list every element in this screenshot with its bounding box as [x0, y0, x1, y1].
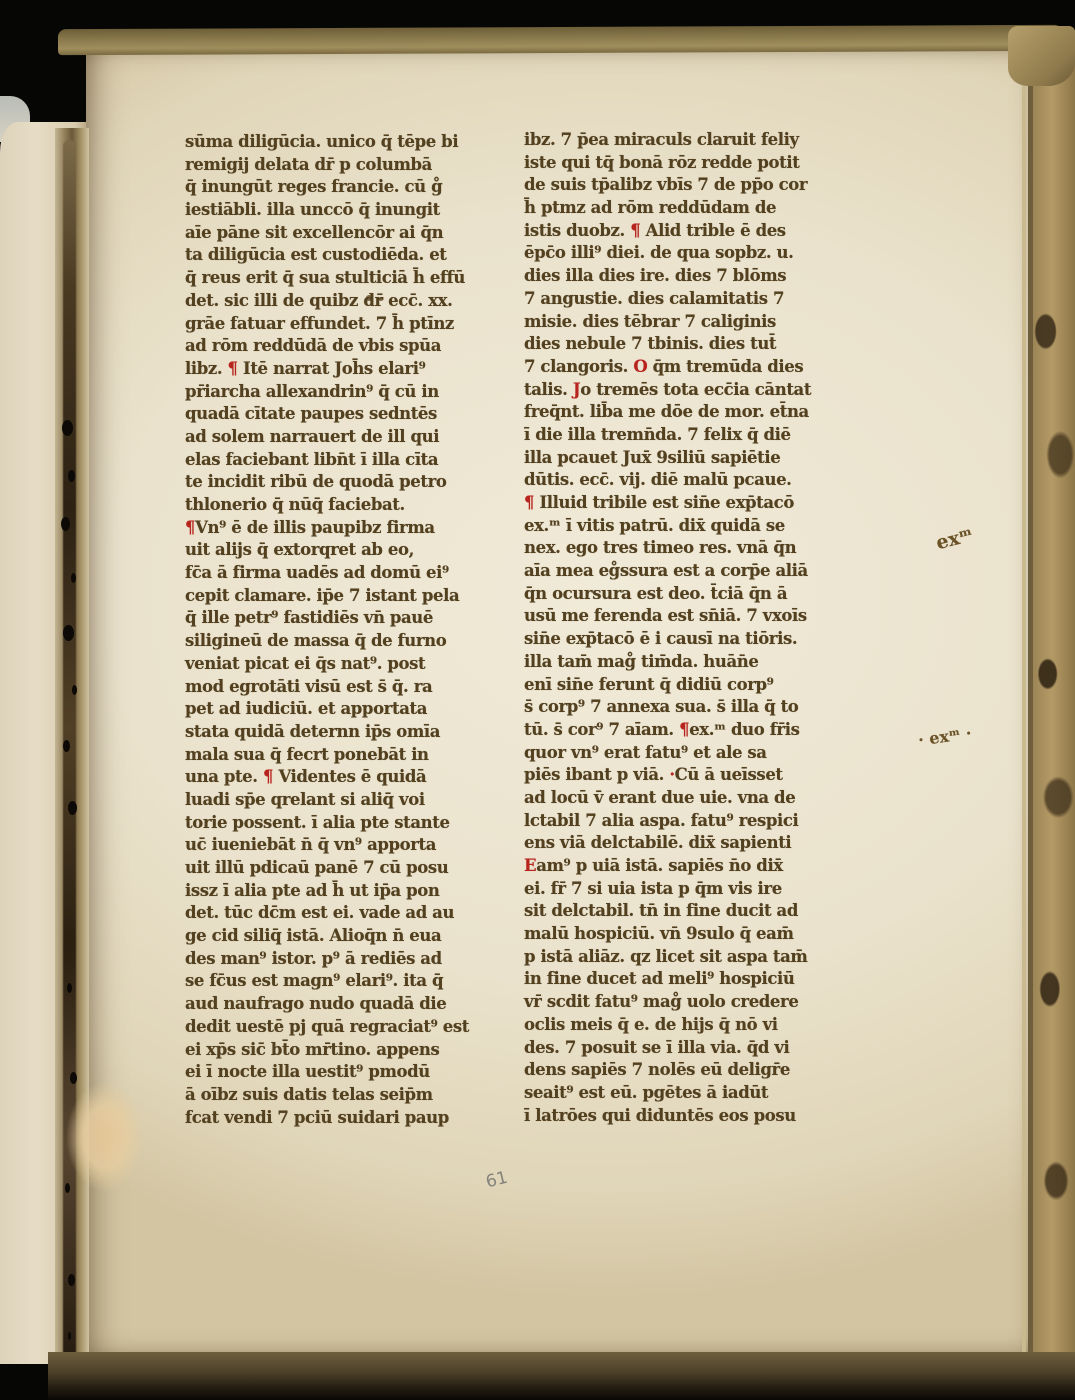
book-bottom-edge [48, 1352, 1075, 1400]
text-line: q̄ inungūt reges francie. cū g̊ [185, 176, 515, 199]
ink-text: o tremēs tota ecc̄ia cāntat [580, 380, 811, 399]
text-line: q̄ ille petr⁹ fastidiēs vn̄ pauē [185, 607, 515, 630]
ink-text: dedit uestē pj quā regraciat⁹ est [185, 1017, 469, 1036]
text-line: q̄ reus erit q̄ sua stulticiā h̄ effū [185, 267, 515, 290]
ink-text: aud naufrago nudo quadā die [185, 994, 446, 1013]
ink-text: ēpc̄o illi⁹ diei. de qua sopbz. u. [524, 243, 793, 262]
ink-text: ī die illa tremn̄da. 7 felix q̄ diē [524, 425, 791, 444]
text-line: stata quidā deternn ip̄s omīa [185, 721, 515, 744]
ink-text: istis duobz. [524, 221, 630, 240]
text-line: mod egrotāti visū est s̄ q̄. ra [185, 676, 515, 699]
ink-text: des man⁹ istor. p⁹ ā rediēs ad [185, 949, 442, 968]
text-line: ad locū v̄ erant due uie. vna de [524, 787, 854, 810]
text-line: fcat vendi 7 pciū suidari paup [185, 1107, 515, 1130]
text-line: remigij delata dr̄ p columbā [185, 154, 515, 177]
ink-text: p istā aliāz. qz licet sit aspa tam̄ [524, 947, 807, 966]
text-line: det. sic illi de quibz dr̄ ecc̄. xx. [185, 290, 515, 313]
ink-text: Vn⁹ ē de illis paupibz firma [195, 518, 435, 537]
ink-text: te incidit ribū de quodā petro [185, 472, 447, 491]
text-line: iestiābli. illa unccō q̄ inungit [185, 199, 515, 222]
text-line: ēpc̄o illi⁹ diei. de qua sopbz. u. [524, 242, 854, 265]
text-line: malū hospiciū. vn̄ 9sulo q̄ eam̄ [524, 923, 854, 946]
rubric-mark: ¶ [185, 518, 195, 537]
text-line: seait⁹ est eū. pgētes ā iadūt [524, 1082, 854, 1105]
ink-text: fcat vendi 7 pciū suidari paup [185, 1108, 449, 1127]
ink-text: usū me ferenda est sn̄iā. 7 vxoīs [524, 606, 807, 625]
page-fore-edge-light [1022, 60, 1026, 1355]
ink-text: siligineū de massa q̄ de furno [185, 631, 446, 650]
text-line: ¶ Illuid tribile est sin̄e exp̄tacō [524, 492, 854, 515]
parchment-stain [66, 1082, 144, 1192]
text-line: in fine ducet ad meli⁹ hospiciū [524, 968, 854, 991]
ink-text: iestiābli. illa unccō q̄ inungit [185, 200, 440, 219]
text-line: usū me ferenda est sn̄iā. 7 vxoīs [524, 605, 854, 628]
ink-text: ex.ᵐ ī vitis patrū. dix̄ quidā se [524, 516, 785, 535]
text-line: aud naufrago nudo quadā die [185, 993, 515, 1016]
ink-text: luadi sp̄e qrelant si aliq̄ voi [185, 790, 425, 809]
ink-text: quor vn⁹ erat fatu⁹ et ale sa [524, 743, 767, 762]
ink-text: Videntes ē quidā [273, 767, 426, 786]
ink-text: 7 angustie. dies calamitatis 7 [524, 289, 784, 308]
text-line: misie. dies tēbrar 7 caliginis [524, 311, 854, 334]
ink-text: seait⁹ est eū. pgētes ā iadūt [524, 1083, 768, 1102]
text-line: grāe fatuar effundet. 7 h̄ ptīnz [185, 313, 515, 336]
text-line: ā oībz suis datis telas seip̄m [185, 1084, 515, 1107]
ink-text: una pte. [185, 767, 263, 786]
ink-text: det. sic illi de quibz dr̄ ecc̄. xx. [185, 291, 452, 310]
ink-text: ta diligūcia est custodiēda. et [185, 245, 447, 264]
text-line: nex. ego tres timeo res. vnā q̄n [524, 537, 854, 560]
ink-text: aīe pāne sit excellencōr ai q̄n [185, 223, 443, 242]
ink-text: h̄ ptmz ad rōm reddūdam de [524, 198, 776, 217]
ink-text: in fine ducet ad meli⁹ hospiciū [524, 969, 795, 988]
worm-holes [62, 420, 73, 436]
text-column-right: ibz. 7 p̄ea miraculs claruit feliyiste q… [524, 129, 854, 1127]
rubric-mark: E [524, 856, 536, 875]
ink-text: thlonerio q̄ nūq̄ faciebat. [185, 495, 405, 514]
text-line: dens sapiēs 7 nolēs eū deligr̄e [524, 1059, 854, 1082]
rubric-mark: ¶ [228, 359, 238, 378]
ink-text: uit illū pdicaū panē 7 cū posu [185, 858, 448, 877]
text-line: illa pcauet Jux̄ 9siliū sapiētie [524, 447, 854, 470]
ink-text: illa pcauet Jux̄ 9siliū sapiētie [524, 448, 780, 467]
ink-text: torie possent. ī alia pte stante [185, 813, 450, 832]
ink-text: q̄m tremūda dies [647, 357, 803, 376]
cover-top-corner [1008, 26, 1075, 86]
text-column-left: sūma diligūcia. unico q̄ tēpe biremigij … [185, 131, 515, 1129]
ink-text: dies illa dies ire. dies 7 blōms [524, 266, 786, 285]
text-line: uit alijs q̄ extorqret ab eo, [185, 539, 515, 562]
ink-text: Itē narrat Joh̄s elari⁹ [238, 359, 426, 378]
text-line: ī die illa tremn̄da. 7 felix q̄ diē [524, 424, 854, 447]
ink-text: pr̄iarcha allexandrin⁹ q̄ cū in [185, 382, 439, 401]
text-line: siligineū de massa q̄ de furno [185, 630, 515, 653]
ink-text: ī latrōes qui diduntēs eos posu [524, 1106, 796, 1125]
ink-text: iste qui tq̄ bonā rōz redde potit [524, 153, 799, 172]
ink-text: vr̄ scdit fatu⁹ mag̊ uolo credere [524, 992, 798, 1011]
ink-text: uc̄ iueniebāt n̄ q̄ vn⁹ apporta [185, 835, 436, 854]
ink-text: ei ī nocte illa uestit⁹ pmodū [185, 1062, 430, 1081]
text-line: ¶Vn⁹ ē de illis paupibz firma [185, 517, 515, 540]
text-line: ens viā delctabilē. dix̄ sapienti [524, 832, 854, 855]
text-line: cepit clamare. ip̄e 7 istant pela [185, 585, 515, 608]
ink-text: lctabil 7 alia aspa. fatu⁹ respici [524, 811, 798, 830]
text-line: mala sua q̄ fecrt ponebāt in [185, 744, 515, 767]
ink-text: s̄ corp⁹ 7 annexa sua. s̄ illa q̄ to [524, 697, 798, 716]
text-line: sit delctabil. tn̄ in fine ducit ad [524, 900, 854, 923]
ink-text: sin̄e exp̄tacō ē i causī na tiōris. [524, 629, 797, 648]
ink-text: piēs ibant p viā. [524, 765, 669, 784]
ink-text: ens viā delctabilē. dix̄ sapienti [524, 833, 791, 852]
text-line: pet ad iudiciū. et apportata [185, 698, 515, 721]
text-line: ad rōm reddūdā de vbis spūa [185, 335, 515, 358]
ink-text: des. 7 posuit se ī illa via. q̄d vi [524, 1038, 789, 1057]
text-line: istis duobz. ¶ Alid trible ē des [524, 220, 854, 243]
text-line: aīa mea eg̊ssura est a corp̄e aliā [524, 560, 854, 583]
rubric-mark: O [633, 357, 647, 376]
ink-text: libz. [185, 359, 228, 378]
text-line: iste qui tq̄ bonā rōz redde potit [524, 152, 854, 175]
text-line: aīe pāne sit excellencōr ai q̄n [185, 222, 515, 245]
text-line: thlonerio q̄ nūq̄ faciebat. [185, 494, 515, 517]
ink-text: fc̄a ā firma uadēs ad domū ei⁹ [185, 563, 449, 582]
text-line: fc̄a ā firma uadēs ad domū ei⁹ [185, 562, 515, 585]
text-line: dedit uestē pj quā regraciat⁹ est [185, 1016, 515, 1039]
text-line: ī latrōes qui diduntēs eos posu [524, 1105, 854, 1128]
ink-text: dūtis. ecc̄. vij. diē malū pcaue. [524, 470, 792, 489]
ink-text: q̄n ocursura est deo. t̄ciā q̄n ā [524, 584, 787, 603]
text-line: 7 clangoris. O q̄m tremūda dies [524, 356, 854, 379]
ink-text: stata quidā deternn ip̄s omīa [185, 722, 440, 741]
ink-text: ex.ᵐ duo fr̄is [689, 720, 799, 739]
text-line: libz. ¶ Itē narrat Joh̄s elari⁹ [185, 358, 515, 381]
ink-text: enī sin̄e ferunt q̄ didiū corp⁹ [524, 675, 774, 694]
text-line: piēs ibant p viā. ·Cū ā ueīsset [524, 764, 854, 787]
text-line: elas faciebant libn̄t ī illa cīta [185, 449, 515, 472]
ink-text: det. tūc dc̄m est ei. vade ad au [185, 903, 454, 922]
text-line: ibz. 7 p̄ea miraculs claruit feliy [524, 129, 854, 152]
text-line: enī sin̄e ferunt q̄ didiū corp⁹ [524, 674, 854, 697]
text-line: una pte. ¶ Videntes ē quidā [185, 766, 515, 789]
text-line: pr̄iarcha allexandrin⁹ q̄ cū in [185, 381, 515, 404]
rubric-mark: ¶ [679, 720, 689, 739]
text-line: freq̄nt. lib̄a me dōe de mor. et̄na [524, 401, 854, 424]
ink-text: malū hospiciū. vn̄ 9sulo q̄ eam̄ [524, 924, 794, 943]
ink-text: cepit clamare. ip̄e 7 istant pela [185, 586, 459, 605]
ink-text: issz ī alia pte ad h̄ ut ip̄a pon [185, 881, 440, 900]
ink-text: ge cid siliq̄ istā. Alioq̄n n̄ eua [185, 926, 441, 945]
text-line: veniat picat ei q̄s nat⁹. post [185, 653, 515, 676]
text-line: dies illa dies ire. dies 7 blōms [524, 265, 854, 288]
ink-text: elas faciebant libn̄t ī illa cīta [185, 450, 438, 469]
ink-text: de suis tp̄alibz vbīs 7 de pp̄o cor [524, 175, 807, 194]
ink-text: se fc̄us est magn⁹ elari⁹. ita q̄ [185, 971, 443, 990]
text-line: ex.ᵐ ī vitis patrū. dix̄ quidā se [524, 515, 854, 538]
ink-text: veniat picat ei q̄s nat⁹. post [185, 654, 425, 673]
ink-text: Alid trible ē des [640, 221, 785, 240]
text-line: Eam⁹ p uiā istā. sapiēs n̄o dix̄ [524, 855, 854, 878]
ink-text: dens sapiēs 7 nolēs eū deligr̄e [524, 1060, 790, 1079]
ink-text: ei xp̄s sic̄ bt̄o mr̄tino. appens [185, 1040, 439, 1059]
ink-text: Illuid tribile est sin̄e exp̄tacō [534, 493, 794, 512]
text-line: de suis tp̄alibz vbīs 7 de pp̄o cor [524, 174, 854, 197]
ink-text: aīa mea eg̊ssura est a corp̄e aliā [524, 561, 808, 580]
ink-text: ad solem narrauert de ill qui [185, 427, 439, 446]
ink-text: Cū ā ueīsset [675, 765, 783, 784]
text-line: oclis meis q̄ e. de hijs q̄ nō vi [524, 1014, 854, 1037]
ink-text: ei. fr̄ 7 si uia ista p q̄m vis ire [524, 879, 782, 898]
ink-text: uit alijs q̄ extorqret ab eo, [185, 540, 414, 559]
text-line: talis. Jo tremēs tota ecc̄ia cāntat [524, 379, 854, 402]
text-line: illa tam̄ mag̊ tim̄da. huān̄e [524, 651, 854, 674]
ink-text: ad locū v̄ erant due uie. vna de [524, 788, 795, 807]
text-line: ad solem narrauert de ill qui [185, 426, 515, 449]
text-line: ei. fr̄ 7 si uia ista p q̄m vis ire [524, 878, 854, 901]
text-line: sin̄e exp̄tacō ē i causī na tiōris. [524, 628, 854, 651]
ink-text: ā oībz suis datis telas seip̄m [185, 1085, 433, 1104]
text-line: des man⁹ istor. p⁹ ā rediēs ad [185, 948, 515, 971]
text-line: torie possent. ī alia pte stante [185, 812, 515, 835]
text-line: issz ī alia pte ad h̄ ut ip̄a pon [185, 880, 515, 903]
rubric-mark: ¶ [630, 221, 640, 240]
text-line: s̄ corp⁹ 7 annexa sua. s̄ illa q̄ to [524, 696, 854, 719]
text-line: quor vn⁹ erat fatu⁹ et ale sa [524, 742, 854, 765]
ink-text: nex. ego tres timeo res. vnā q̄n [524, 538, 796, 557]
ink-text: 7 clangoris. [524, 357, 633, 376]
ink-text: sūma diligūcia. unico q̄ tēpe bi [185, 132, 458, 151]
text-line: se fc̄us est magn⁹ elari⁹. ita q̄ [185, 970, 515, 993]
text-line: det. tūc dc̄m est ei. vade ad au [185, 902, 515, 925]
ink-text: freq̄nt. lib̄a me dōe de mor. et̄na [524, 402, 809, 421]
text-line: sūma diligūcia. unico q̄ tēpe bi [185, 131, 515, 154]
text-line: dūtis. ecc̄. vij. diē malū pcaue. [524, 469, 854, 492]
manuscript-photo: sūma diligūcia. unico q̄ tēpe biremigij … [0, 0, 1075, 1400]
ink-text: tū. s̄ cor⁹ 7 aīam. [524, 720, 679, 739]
ink-text: q̄ reus erit q̄ sua stulticiā h̄ effū [185, 268, 465, 287]
ink-text: remigij delata dr̄ p columbā [185, 155, 432, 174]
ink-text: talis. [524, 380, 573, 399]
ink-text: sit delctabil. tn̄ in fine ducit ad [524, 901, 798, 920]
text-line: te incidit ribū de quodā petro [185, 471, 515, 494]
ink-text: oclis meis q̄ e. de hijs q̄ nō vi [524, 1015, 778, 1034]
text-line: ei ī nocte illa uestit⁹ pmodū [185, 1061, 515, 1084]
ink-text: dies nebule 7 tbinis. dies tut̄ [524, 334, 776, 353]
text-line: des. 7 posuit se ī illa via. q̄d vi [524, 1037, 854, 1060]
text-line: ei xp̄s sic̄ bt̄o mr̄tino. appens [185, 1039, 515, 1062]
text-line: p istā aliāz. qz licet sit aspa tam̄ [524, 946, 854, 969]
text-line: ta diligūcia est custodiēda. et [185, 244, 515, 267]
ink-text: pet ad iudiciū. et apportata [185, 699, 427, 718]
ink-text: mod egrotāti visū est s̄ q̄. ra [185, 677, 432, 696]
text-line: tū. s̄ cor⁹ 7 aīam. ¶ex.ᵐ duo fr̄is [524, 719, 854, 742]
text-line: ge cid siliq̄ istā. Alioq̄n n̄ eua [185, 925, 515, 948]
book-top-edge [58, 25, 1064, 55]
text-line: 7 angustie. dies calamitatis 7 [524, 288, 854, 311]
text-line: uit illū pdicaū panē 7 cū posu [185, 857, 515, 880]
ink-text: quadā cītate paupes sedntēs [185, 404, 437, 423]
ink-text: illa tam̄ mag̊ tim̄da. huān̄e [524, 652, 758, 671]
text-line: quadā cītate paupes sedntēs [185, 403, 515, 426]
ink-text: ibz. 7 p̄ea miraculs claruit feliy [524, 130, 799, 149]
ink-text: q̄ inungūt reges francie. cū g̊ [185, 177, 442, 196]
text-line: h̄ ptmz ad rōm reddūdam de [524, 197, 854, 220]
rubric-mark: ¶ [524, 493, 534, 512]
ink-text: misie. dies tēbrar 7 caliginis [524, 312, 776, 331]
text-line: uc̄ iueniebāt n̄ q̄ vn⁹ apporta [185, 834, 515, 857]
ink-text: ad rōm reddūdā de vbis spūa [185, 336, 441, 355]
text-line: lctabil 7 alia aspa. fatu⁹ respici [524, 810, 854, 833]
gutter-damage-streak [63, 140, 76, 1365]
ink-text: mala sua q̄ fecrt ponebāt in [185, 745, 429, 764]
text-line: dies nebule 7 tbinis. dies tut̄ [524, 333, 854, 356]
book-cover-edge [1033, 30, 1075, 1400]
text-line: vr̄ scdit fatu⁹ mag̊ uolo credere [524, 991, 854, 1014]
ink-text: am⁹ p uiā istā. sapiēs n̄o dix̄ [536, 856, 783, 875]
rubric-mark: ¶ [263, 767, 273, 786]
text-line: q̄n ocursura est deo. t̄ciā q̄n ā [524, 583, 854, 606]
text-line: luadi sp̄e qrelant si aliq̄ voi [185, 789, 515, 812]
ink-text: q̄ ille petr⁹ fastidiēs vn̄ pauē [185, 608, 433, 627]
ink-text: grāe fatuar effundet. 7 h̄ ptīnz [185, 314, 454, 333]
